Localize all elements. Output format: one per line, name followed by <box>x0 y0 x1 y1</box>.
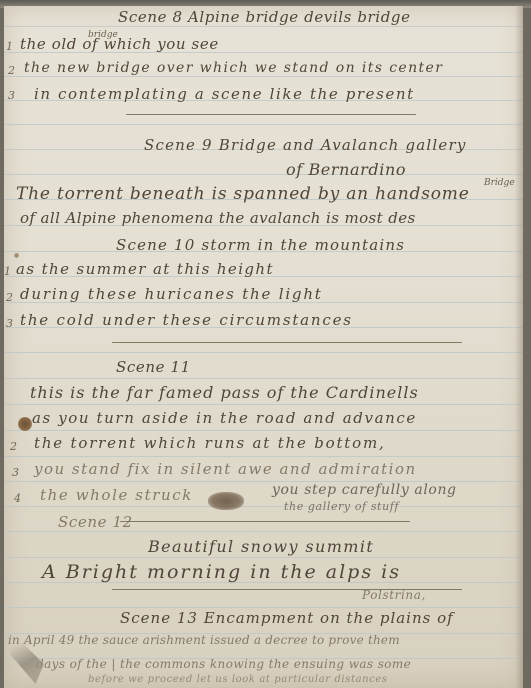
line-number: 2 <box>8 64 15 77</box>
scene-9-line-1: The torrent beneath is spanned by an han… <box>16 184 470 204</box>
scene-8-line-1: the old of which you see <box>20 35 219 53</box>
scene-13-insert: Polstrina, <box>362 588 426 602</box>
line-number: 3 <box>6 317 13 330</box>
ruled-line <box>4 404 523 405</box>
scene-11-line-1: as you turn aside in the road and advanc… <box>32 409 417 427</box>
ink-stain <box>18 417 32 431</box>
ruled-line <box>4 607 523 608</box>
scene-10-line-3: the cold under these circumstances <box>20 311 353 329</box>
line-number: 2 <box>6 291 13 304</box>
section-divider <box>126 114 416 115</box>
scene-9-insert: Bridge <box>484 178 515 188</box>
scene-13-line-2: days of the | the commons knowing the en… <box>36 657 411 671</box>
scene-12-heading: Scene 12 <box>58 513 133 531</box>
scene-12-subheading: Beautiful snowy summit <box>148 537 374 556</box>
line-number: 4 <box>14 492 21 505</box>
scene-11-line-0: this is the far famed pass of the Cardin… <box>30 383 419 402</box>
scene-11-side-note-2: the gallery of stuff <box>284 500 399 513</box>
scene-9-subheading: of Bernardino <box>286 160 406 179</box>
ruled-line <box>4 456 523 457</box>
ruled-line <box>4 430 523 431</box>
ruled-line <box>4 378 523 379</box>
ruled-line <box>4 26 523 27</box>
ruled-line <box>4 557 523 558</box>
section-divider <box>120 521 410 522</box>
section-divider <box>112 342 462 343</box>
manuscript-page: Scene 8 Alpine bridge devils bridge brid… <box>4 6 523 688</box>
scene-10-line-1: as the summer at this height <box>16 260 274 278</box>
ruled-line <box>4 174 523 175</box>
scene-8-heading: Scene 8 Alpine bridge devils bridge <box>118 8 411 26</box>
line-number: 1 <box>4 265 11 278</box>
scene-8-line-2: the new bridge over which we stand on it… <box>24 60 443 76</box>
scene-11-line-3: you stand fix in silent awe and admirati… <box>34 460 417 478</box>
ruled-line <box>4 531 523 532</box>
ruled-line <box>4 506 523 507</box>
ruled-line <box>4 352 523 353</box>
ruled-line <box>4 76 523 77</box>
line-number: 1 <box>6 40 13 53</box>
scene-11-line-4: the whole struck <box>40 486 193 504</box>
ink-smudge <box>208 492 244 510</box>
scene-10-heading: Scene 10 storm in the mountains <box>116 236 405 254</box>
scene-9-line-2: of all Alpine phenomena the avalanch is … <box>20 209 416 227</box>
scene-10-line-2: during these huricanes the light <box>20 285 323 303</box>
scene-13-line-3: before we proceed let us look at particu… <box>88 674 388 685</box>
scene-8-line-3: in contemplating a scene like the presen… <box>34 85 415 103</box>
line-number: 2 <box>10 440 17 453</box>
line-number: 3 <box>12 466 19 479</box>
scene-9-heading: Scene 9 Bridge and Avalanch gallery <box>144 136 467 154</box>
scene-11-heading: Scene 11 <box>116 358 191 376</box>
line-number: 3 <box>8 89 15 102</box>
ruled-line <box>4 124 523 125</box>
scene-11-line-2: the torrent which runs at the bottom, <box>34 434 386 452</box>
scene-12-line: A Bright morning in the alps is <box>42 561 401 583</box>
scene-13-heading: Scene 13 Encampment on the plains of <box>120 609 454 627</box>
scene-11-side-note-1: you step carefully along <box>272 482 457 498</box>
scene-13-line-1: in April 49 the sauce arishment issued a… <box>8 633 400 647</box>
ink-dot <box>14 253 19 258</box>
